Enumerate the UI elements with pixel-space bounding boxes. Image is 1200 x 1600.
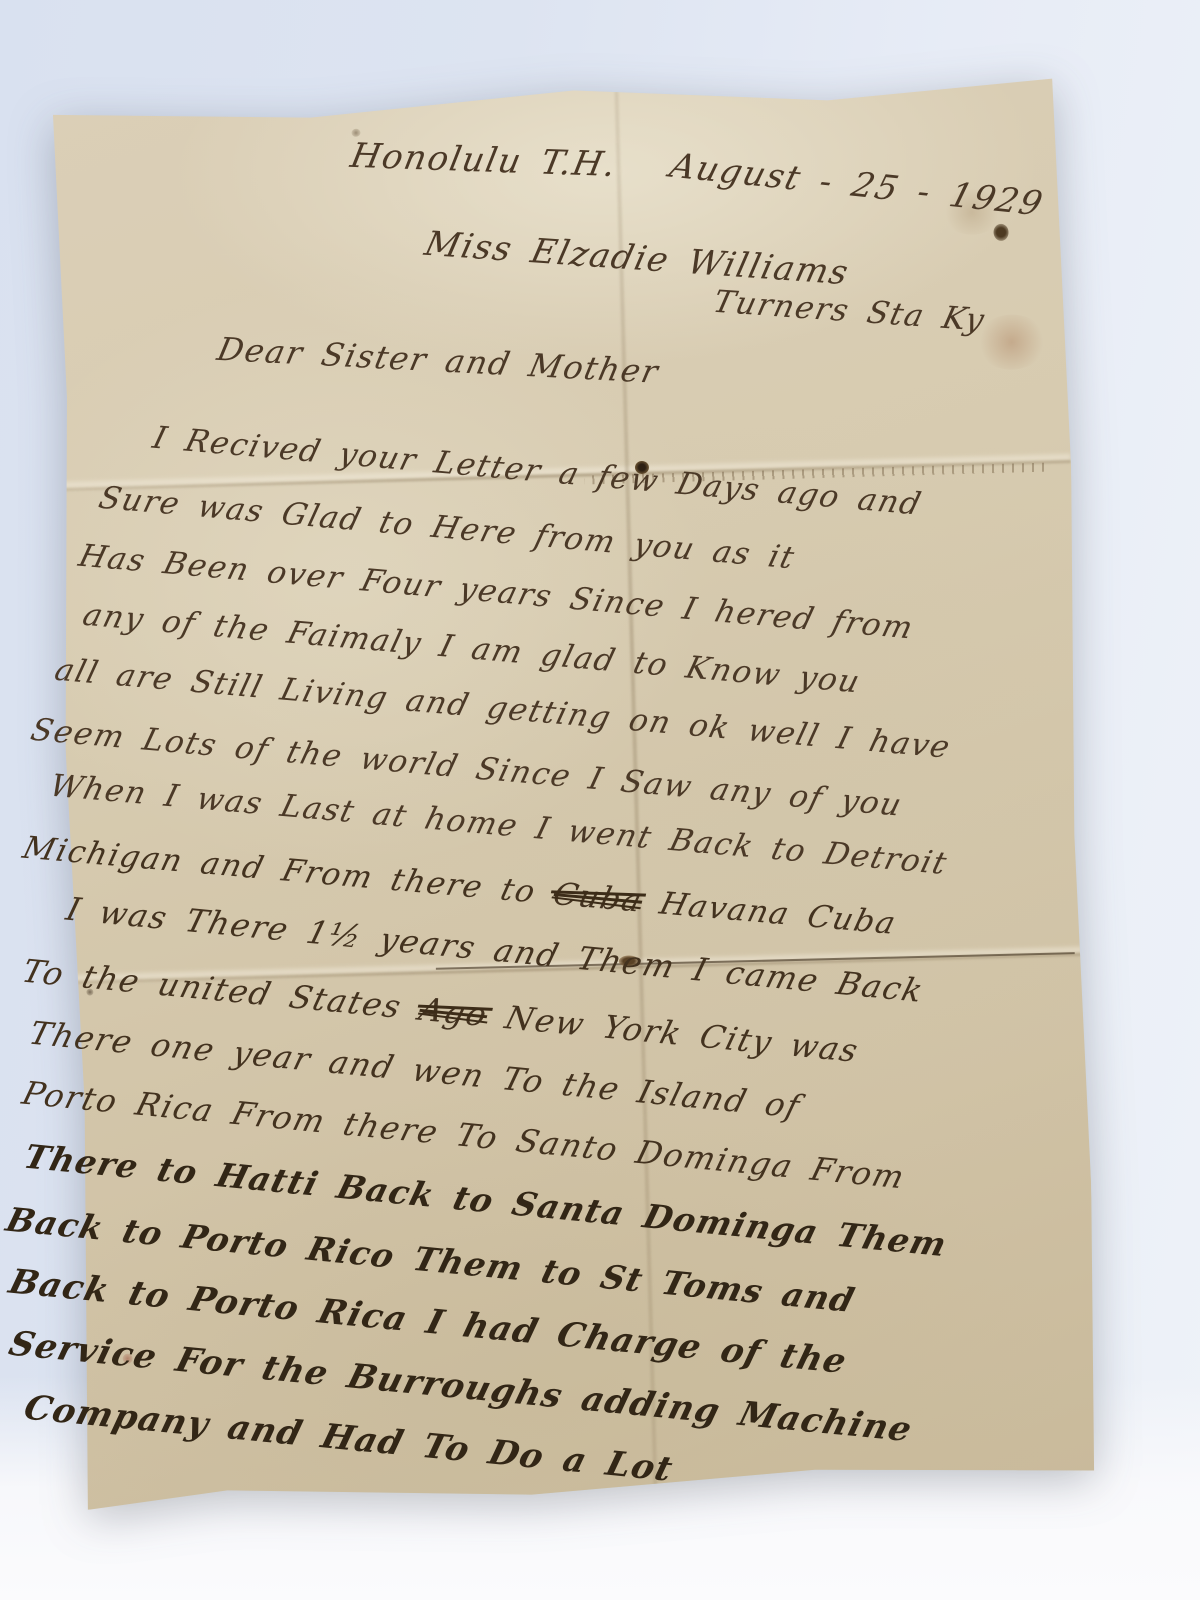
struck-text: Ago: [415, 990, 492, 1034]
recipient-address: Turners Sta Ky: [710, 284, 989, 338]
photo-of-letter: Honolulu T.H. August - 25 - 1929 Miss El…: [0, 0, 1200, 1600]
line-text: To the united States: [18, 952, 424, 1027]
struck-text: Cuba: [550, 876, 647, 919]
line-text: Havana Cuba: [638, 884, 901, 942]
line-text: New York City was: [483, 997, 864, 1070]
handwriting-layer: Honolulu T.H. August - 25 - 1929 Miss El…: [0, 0, 1200, 1600]
heading-date: August - 25 - 1929: [666, 146, 1048, 224]
salutation: Dear Sister and Mother: [214, 330, 663, 391]
heading-place: Honolulu T.H.: [347, 136, 620, 185]
recipient-name: Miss Elzadie Williams: [421, 224, 853, 293]
